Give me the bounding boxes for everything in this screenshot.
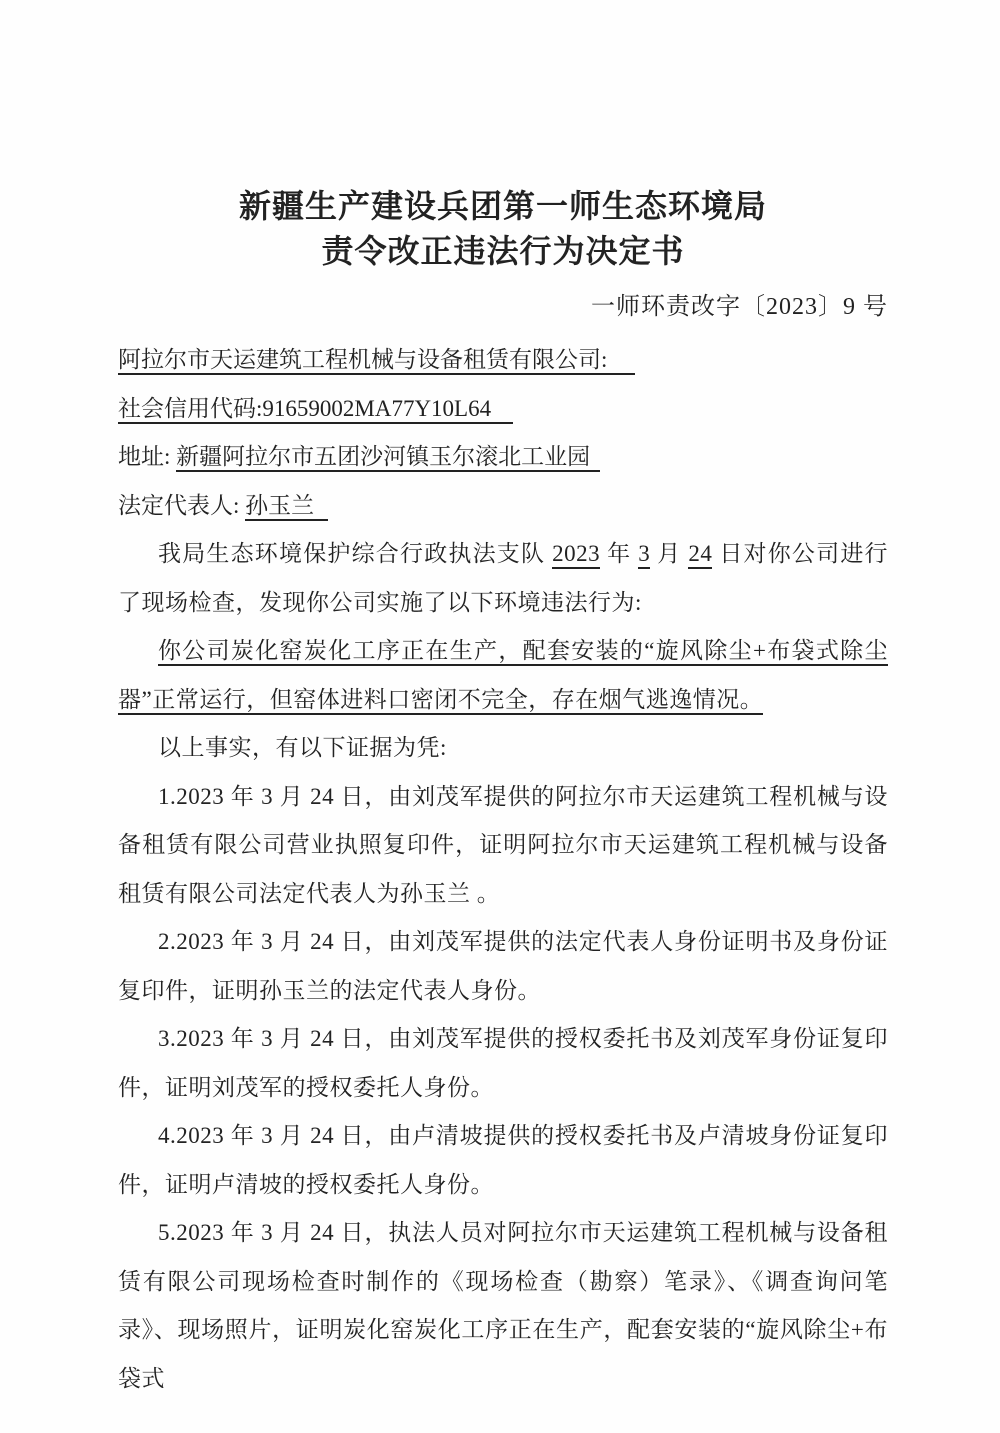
evidence-item-1: 1.2023 年 3 月 24 日，由刘茂军提供的阿拉尔市天运建筑工程机械与设备… [118,773,888,919]
evidence-item-4: 4.2023 年 3 月 24 日，由卢清坡提供的授权委托书及卢清坡身份证复印件… [118,1112,888,1209]
address-line: 地址: 新疆阿拉尔市五团沙河镇玉尔滚北工业园 [118,433,888,482]
document-number: 一师环责改字〔2023〕9 号 [118,290,888,324]
document-body: 我局生态环境保护综合行政执法支队 2023 年 3 月 24 日对你公司进行了现… [118,530,888,1403]
recipient-line: 阿拉尔市天运建筑工程机械与设备租赁有限公司: [118,336,888,385]
legal-representative-line: 法定代表人: 孙玉兰 [118,482,888,531]
document-title-line2: 责令改正违法行为决定书 [118,229,888,274]
evidence-item-3: 3.2023 年 3 月 24 日，由刘茂军提供的授权委托书及刘茂军身份证复印件… [118,1015,888,1112]
recipient-block: 阿拉尔市天运建筑工程机械与设备租赁有限公司: 社会信用代码:91659002MA… [118,336,888,530]
evidence-item-5: 5.2023 年 3 月 24 日，执法人员对阿拉尔市天运建筑工程机械与设备租赁… [118,1209,888,1403]
paragraph-evidence-intro: 以上事实，有以下证据为凭: [118,724,888,773]
document-content: 新疆生产建设兵团第一师生态环境局 责令改正违法行为决定书 一师环责改字〔2023… [0,0,1000,1403]
paragraph-violation: 你公司炭化窑炭化工序正在生产，配套安装的“旋风除尘+布袋式除尘器”正常运行，但窑… [118,627,888,724]
credit-code-line: 社会信用代码:91659002MA77Y10L64 [118,385,888,434]
document-title-line1: 新疆生产建设兵团第一师生态环境局 [118,184,888,229]
paragraph-inspection: 我局生态环境保护综合行政执法支队 2023 年 3 月 24 日对你公司进行了现… [118,530,888,627]
document-page: 新疆生产建设兵团第一师生态环境局 责令改正违法行为决定书 一师环责改字〔2023… [0,0,1000,1433]
evidence-item-2: 2.2023 年 3 月 24 日，由刘茂军提供的法定代表人身份证明书及身份证复… [118,918,888,1015]
